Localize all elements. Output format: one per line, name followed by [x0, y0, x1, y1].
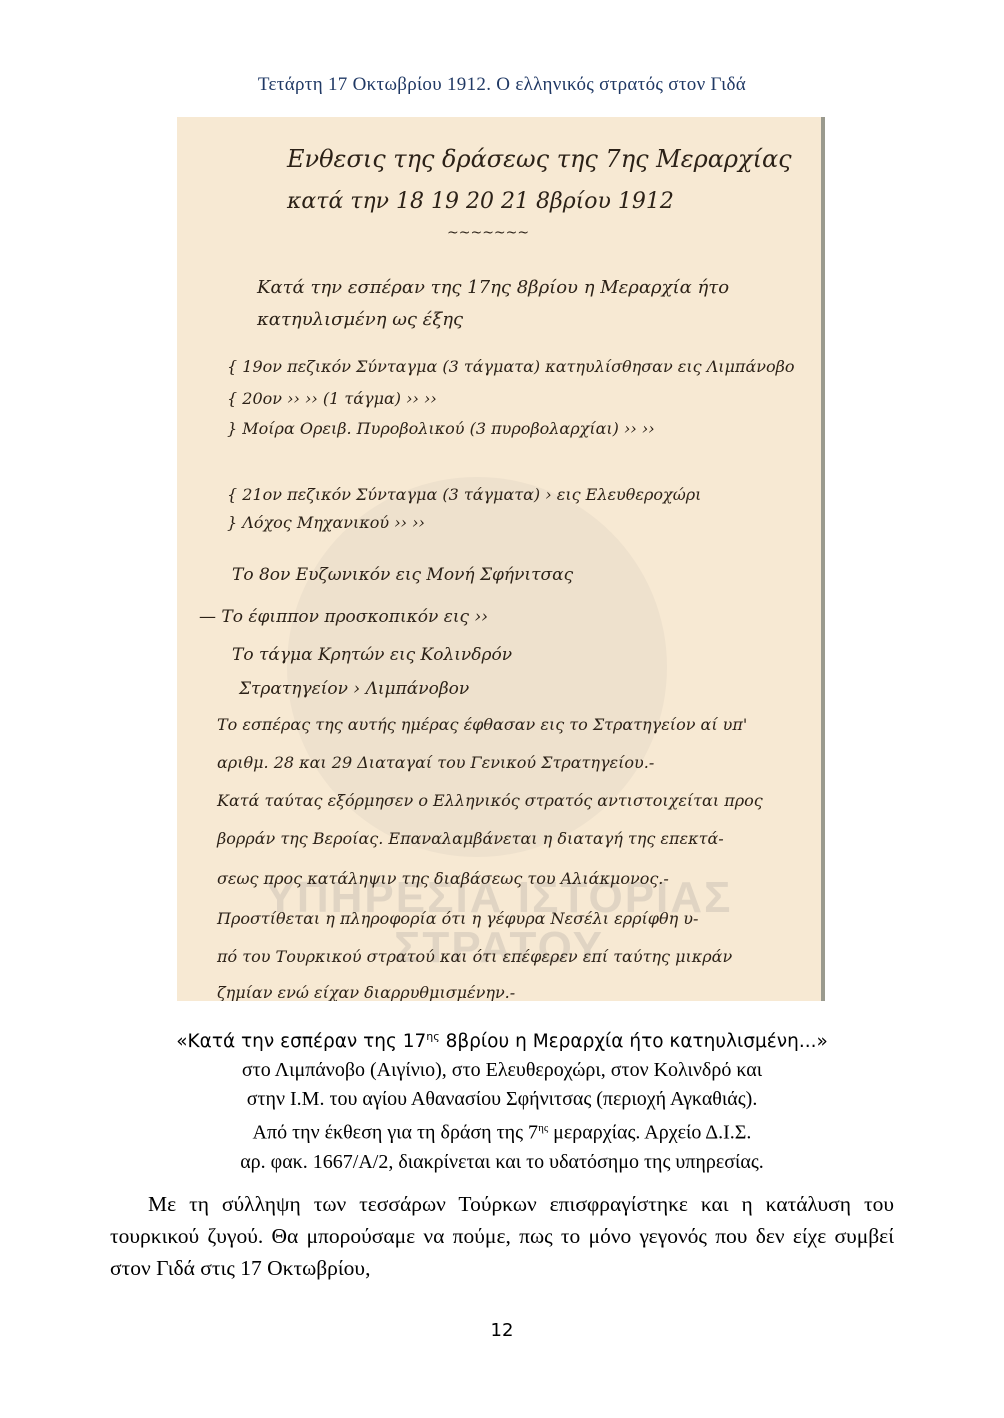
manuscript-line: αριθμ. 28 και 29 Διαταγαί του Γενικού Στ… [217, 753, 654, 772]
manuscript-line: σεως προς κατάληψιν της διαβάσεως του Αλ… [217, 869, 669, 888]
manuscript-line: Στρατηγείον › Λιμπάνοβον [239, 679, 469, 699]
manuscript-line: πό του Τουρκικού στρατού και ότι επέφερε… [217, 947, 732, 966]
manuscript-image: ΥΠΗΡΕΣΙΑ ΙΣΤΟΡΙΑΣ ΣΤΡΑΤΟΥ Ενθεσις της δρ… [177, 117, 825, 1001]
manuscript-line: Το 8ον Ευζωνικόν εις Μονή Σφήνιτσας [232, 565, 573, 585]
figure-caption: «Κατά την εσπέραν της 17ης 8βρίου η Μερα… [0, 1022, 1004, 1177]
manuscript-line: — Το έφιππον προσκοπικόν εις ›› [199, 607, 488, 627]
manuscript-line: } Λόχος Μηχανικού ›› ›› [227, 513, 425, 532]
manuscript-line: { 21ον πεζικόν Σύνταγμα (3 τάγματα) › ει… [227, 485, 701, 504]
manuscript-line: βορράν της Βεροίας. Επαναλαμβάνεται η δι… [217, 829, 724, 848]
manuscript-line: ~~~~~~~ [447, 225, 529, 241]
manuscript-line: κατά την 18 19 20 21 8βρίου 1912 [287, 189, 674, 214]
manuscript-line: ζημίαν ενώ είχαν διαρρυθμισμένην.- [217, 983, 515, 1001]
manuscript-line: Το τάγμα Κρητών εις Κολινδρόν [232, 645, 512, 665]
manuscript-line: Προστίθεται η πληροφορία ότι η γέφυρα Νε… [217, 909, 698, 928]
manuscript-line: κατηυλισμένη ως έξης [257, 309, 463, 330]
manuscript-line: Το εσπέρας της αυτής ημέρας έφθασαν εις … [217, 715, 747, 734]
caption-line: αρ. φακ. 1667/Α/2, διακρίνεται και το υδ… [0, 1148, 1004, 1177]
manuscript-line: { 19ον πεζικόν Σύνταγμα (3 τάγματα) κατη… [227, 357, 795, 376]
body-paragraph: Με τη σύλληψη των τεσσάρων Τούρκων επισφ… [110, 1188, 894, 1284]
manuscript-line: Ενθεσις της δράσεως της 7ης Μεραρχίας [287, 145, 792, 173]
caption-line: στο Λιμπάνοβο (Αιγίνιο), στο Ελευθεροχώρ… [0, 1056, 1004, 1085]
caption-quote: «Κατά την εσπέραν της 17ης 8βρίου η Μερα… [0, 1022, 1004, 1056]
caption-line: Από την έκθεση για τη δράση της 7ης μερα… [0, 1114, 1004, 1148]
manuscript-line: } Μοίρα Ορειβ. Πυροβολικού (3 πυροβολαρχ… [227, 419, 655, 438]
caption-line: στην Ι.Μ. του αγίου Αθανασίου Σφήνιτσας … [0, 1085, 1004, 1114]
page-header-title: Τετάρτη 17 Οκτωβρίου 1912. Ο ελληνικός σ… [0, 74, 1004, 96]
manuscript-line: Κατά την εσπέραν της 17ης 8βρίου η Μεραρ… [257, 277, 729, 298]
page-number: 12 [0, 1320, 1004, 1341]
manuscript-line: { 20ον ›› ›› (1 τάγμα) ›› ›› [227, 389, 437, 408]
manuscript-line: Κατά ταύτας εξόρμησεν ο Ελληνικός στρατό… [217, 791, 763, 810]
